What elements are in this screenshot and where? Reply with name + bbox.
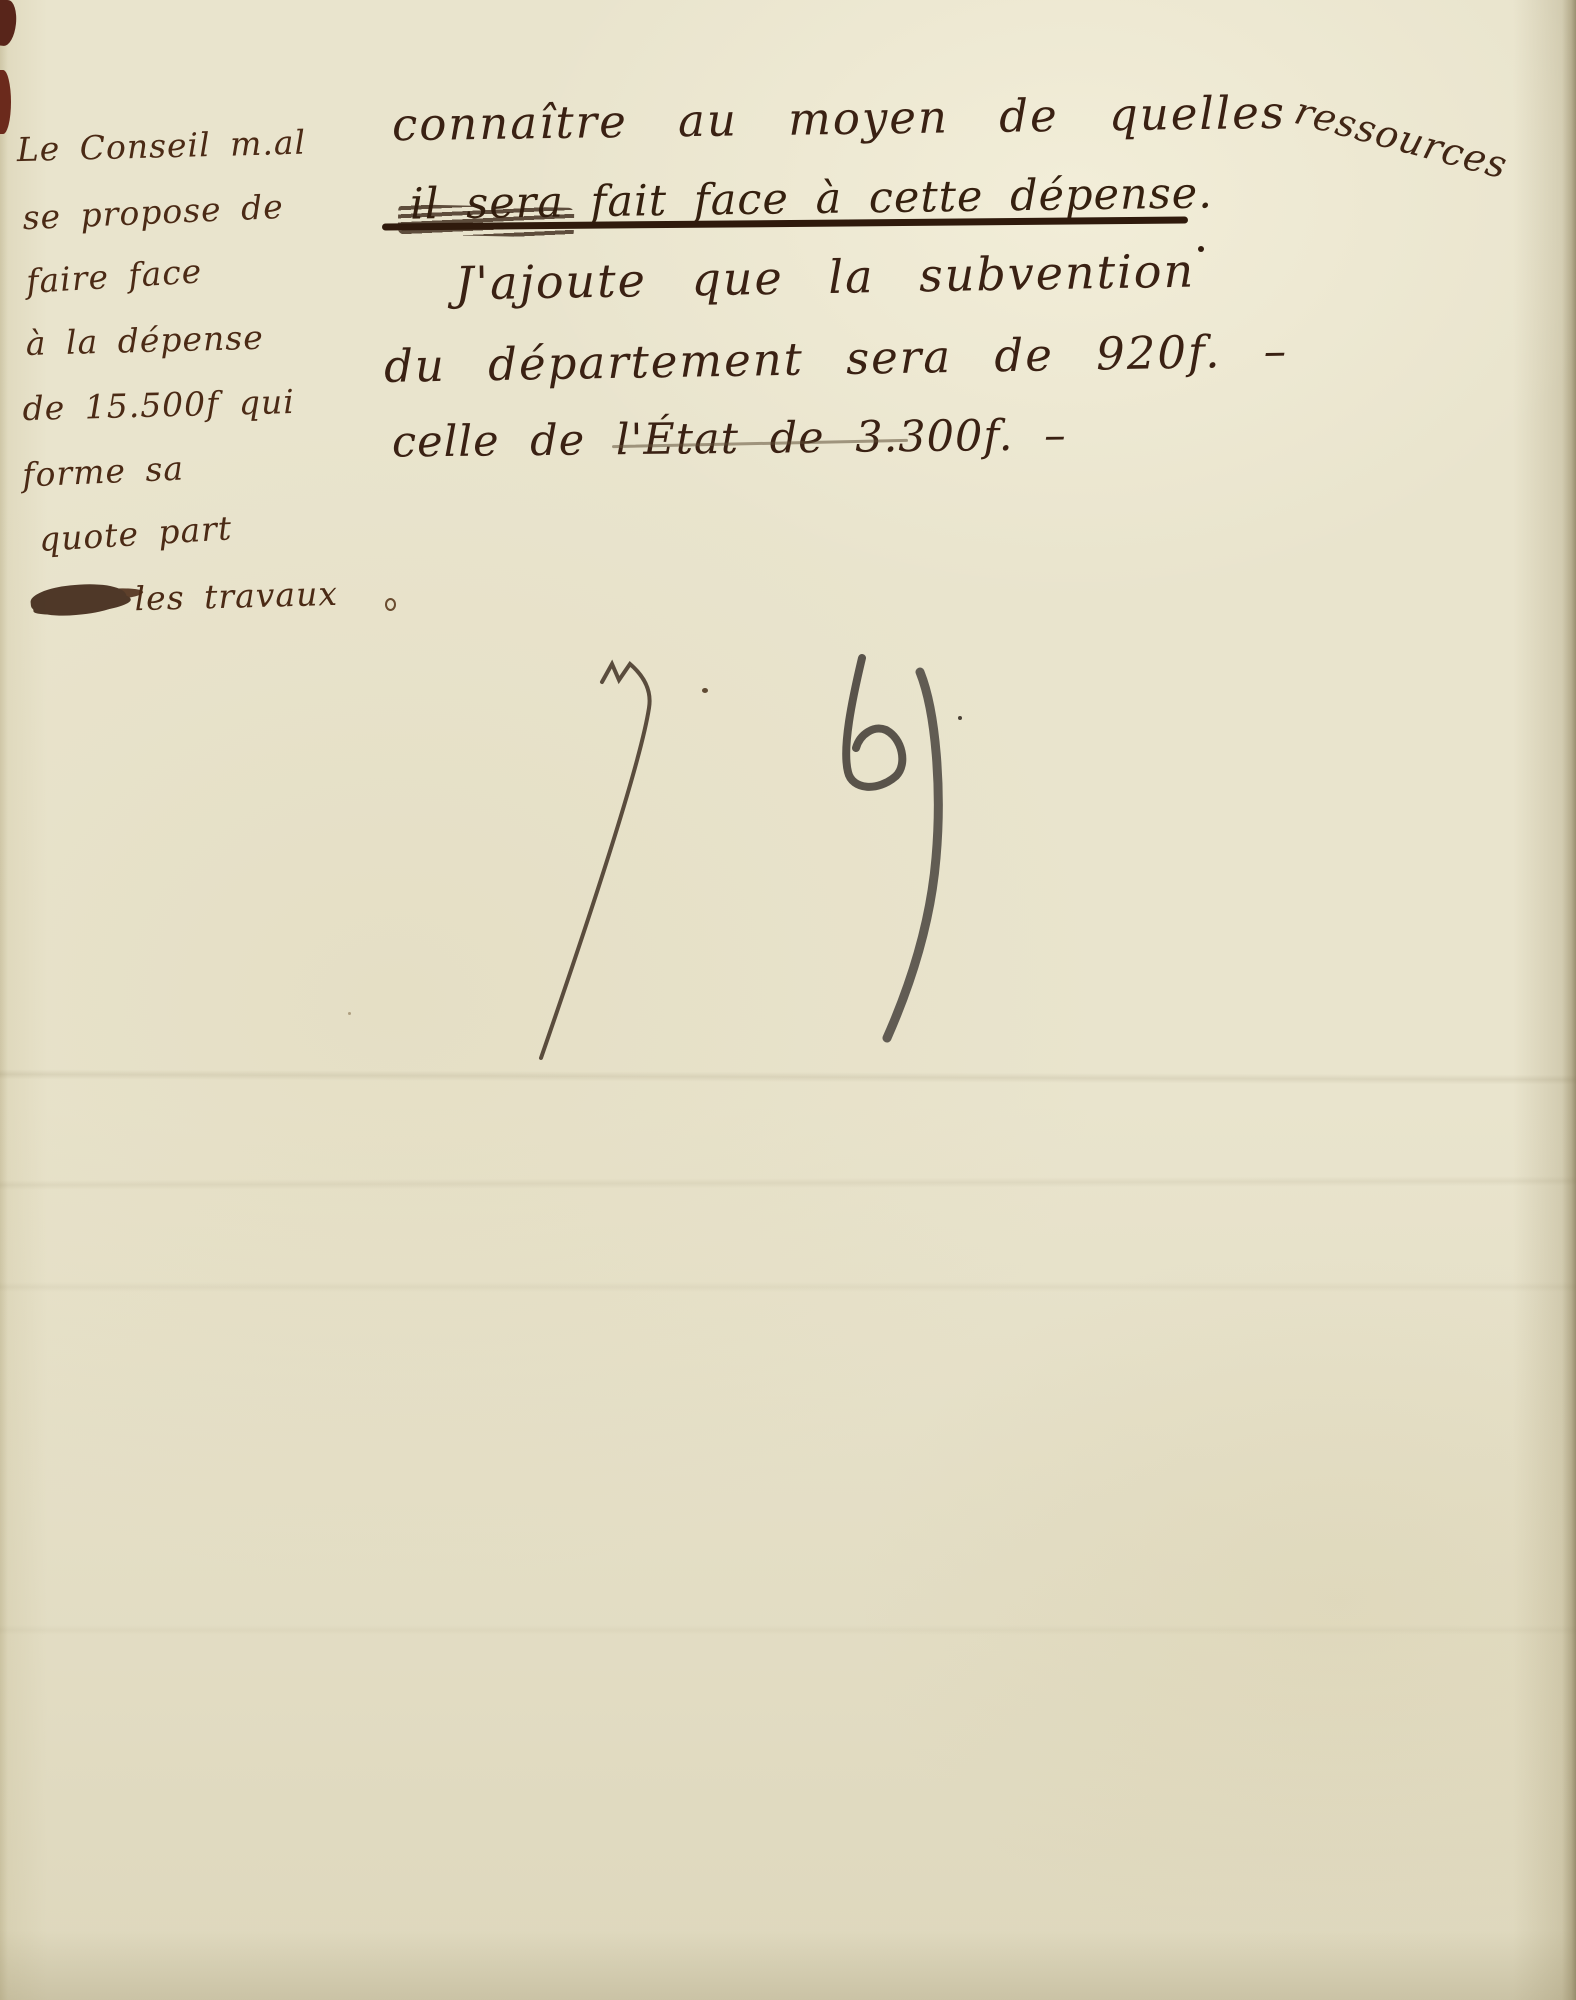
margin-note-line: Le Conseil m.al	[16, 123, 306, 170]
paper-crease	[0, 1069, 1576, 1085]
ink-blot	[29, 580, 127, 619]
pencil-stroke-seven	[541, 664, 650, 1058]
ink-speck	[385, 598, 396, 611]
paper-crease	[0, 1625, 1576, 1635]
margin-note-line: quote part	[38, 508, 233, 559]
body-line: celle de l'État de 3.300f. –	[392, 410, 1067, 467]
paper-edge-left	[0, 0, 8, 2000]
margin-note-line: se propose de	[22, 187, 285, 237]
margin-note-line: les travaux	[134, 574, 338, 618]
binding-mark	[0, 0, 18, 47]
paper-fleck	[348, 1012, 351, 1015]
paper-crease	[0, 1282, 1576, 1292]
margin-note: Le Conseil m.al se propose de faire face…	[10, 114, 340, 123]
paper-crease	[0, 1176, 1576, 1190]
ink-dot	[1198, 246, 1204, 252]
manuscript-page: Le Conseil m.al se propose de faire face…	[0, 0, 1576, 2000]
binding-mark	[0, 70, 11, 134]
margin-note-line: à la dépense	[25, 318, 264, 363]
body-line-tail: ressources	[1290, 88, 1512, 187]
margin-note-line: forme sa	[21, 448, 184, 494]
paper-fleck	[958, 716, 962, 720]
pencil-stroke-six-loop	[846, 658, 902, 787]
body-line: J'ajoute que la subvention	[455, 244, 1196, 311]
paper-edge-bottom	[0, 1930, 1576, 2000]
body-line: connaître au moyen de quelles	[392, 86, 1287, 151]
margin-note-line: de 15.500f qui	[22, 382, 295, 428]
paper-edge-right	[1562, 0, 1576, 2000]
pencil-stroke-six-tail	[887, 672, 938, 1038]
margin-note-line: faire face	[25, 251, 203, 301]
paper-fleck	[702, 688, 708, 693]
body-line: du département sera de 920f. –	[384, 324, 1289, 393]
strikethrough-scribble	[398, 204, 575, 238]
